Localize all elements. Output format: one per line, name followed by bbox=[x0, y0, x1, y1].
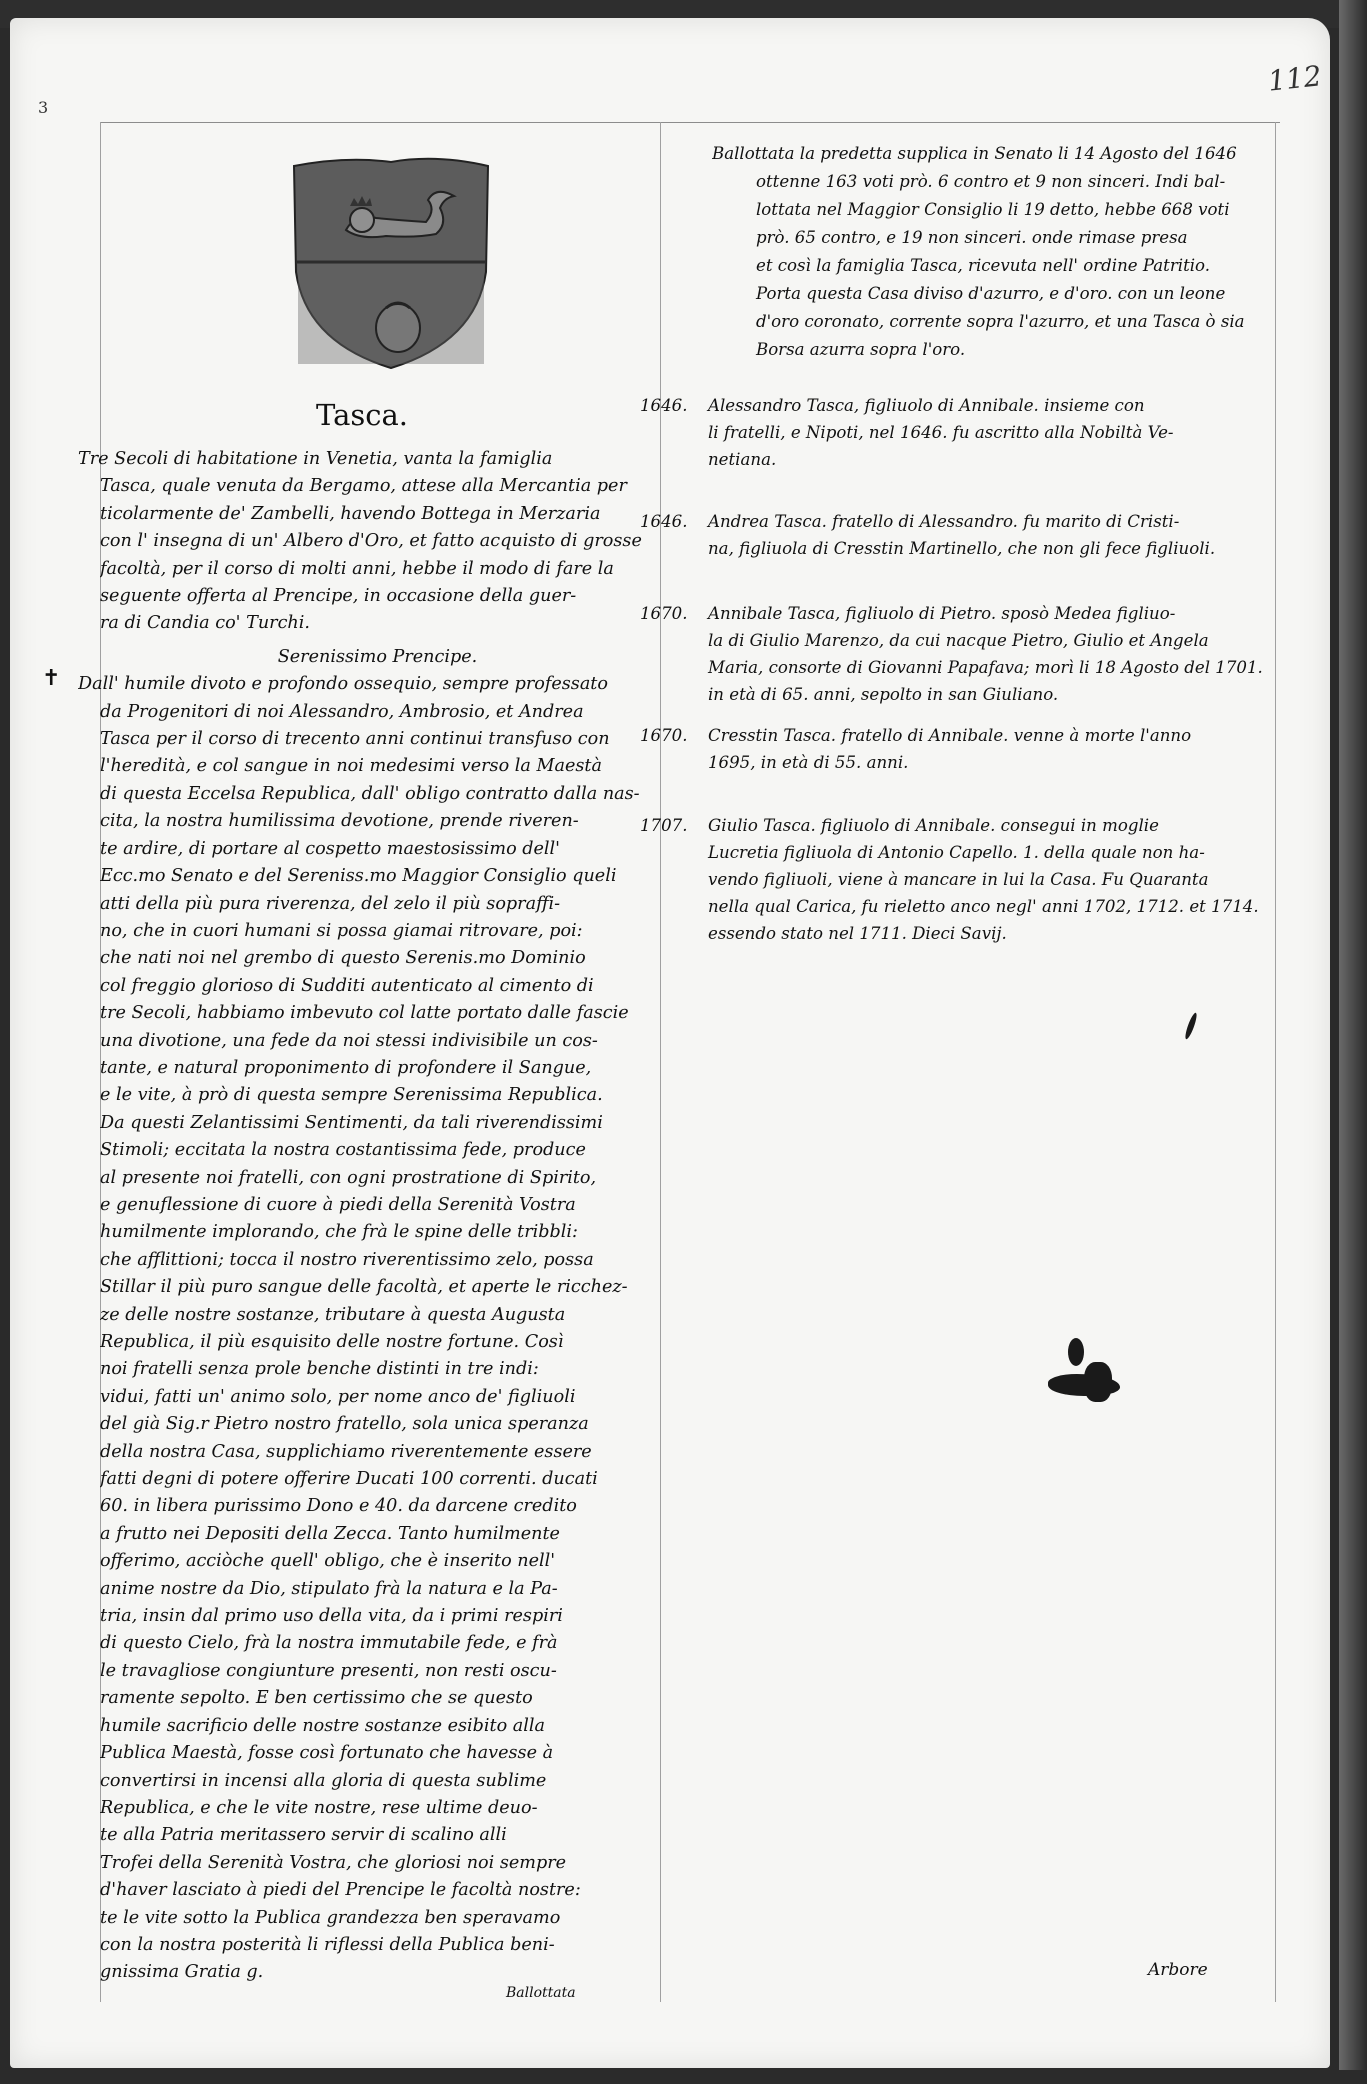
entry-text: Giulio Tasca. figliuolo di Annibale. con… bbox=[708, 816, 1159, 835]
intro-line: con l' insegna di un' Albero d'Oro, et f… bbox=[100, 528, 655, 555]
entry-year: 1670. bbox=[640, 600, 708, 627]
petition-line: una divotione, una fede da noi stessi in… bbox=[100, 1028, 655, 1055]
shield-crest-icon bbox=[286, 152, 496, 372]
petition-line: tante, e natural proponimento di profond… bbox=[100, 1055, 655, 1082]
petition-line: a frutto nei Depositi della Zecca. Tanto… bbox=[100, 1521, 655, 1548]
ballot-line: prò. 65 contro, e 19 non sinceri. onde r… bbox=[712, 224, 1272, 252]
petition-line: l'heredità, e col sangue in noi medesimi… bbox=[100, 753, 655, 780]
entry-text: Alessandro Tasca, figliuolo di Annibale.… bbox=[708, 396, 1145, 415]
petition-line: no, che in cuori humani si possa giamai … bbox=[100, 918, 655, 945]
petition-line: Dall' humile divoto e profondo ossequio,… bbox=[78, 671, 655, 698]
petition-line: te ardire, di portare al cospetto maesto… bbox=[100, 836, 655, 863]
intro-line: seguente offerta al Prencipe, in occasio… bbox=[100, 583, 655, 610]
genealogy-entry: 1646.Alessandro Tasca, figliuolo di Anni… bbox=[640, 392, 1280, 473]
petition-line: le travagliose congiunture presenti, non… bbox=[100, 1658, 655, 1685]
intro-line: Tasca, quale venuta da Bergamo, attese a… bbox=[100, 473, 655, 500]
petition-line: vidui, fatti un' animo solo, per nome an… bbox=[100, 1384, 655, 1411]
petition-line: e le vite, à prò di questa sempre Sereni… bbox=[100, 1082, 655, 1109]
petition-line: humilmente implorando, che frà le spine … bbox=[100, 1219, 655, 1246]
petition-line: Republica, il più esquisito delle nostre… bbox=[100, 1329, 655, 1356]
petition-line: Ecc.mo Senato e del Sereniss.mo Maggior … bbox=[100, 863, 655, 890]
entry-year: 1646. bbox=[640, 508, 708, 535]
salutation: Serenissimo Prencipe. bbox=[100, 644, 655, 671]
ruled-line-top bbox=[100, 122, 1280, 123]
ballot-line: Borsa azurra sopra l'oro. bbox=[712, 336, 1272, 364]
petition-line: ze delle nostre sostanze, tributare à qu… bbox=[100, 1302, 655, 1329]
petition-line: offerimo, acciòche quell' obligo, che è … bbox=[100, 1548, 655, 1575]
petition-line: tria, insin dal primo uso della vita, da… bbox=[100, 1603, 655, 1630]
petition-line: da Progenitori di noi Alessandro, Ambros… bbox=[100, 699, 655, 726]
petition-line: atti della più pura riverenza, del zelo … bbox=[100, 891, 655, 918]
petition-line: del già Sig.r Pietro nostro fratello, so… bbox=[100, 1411, 655, 1438]
ballot-line: Ballottata la predetta supplica in Senat… bbox=[712, 140, 1272, 168]
petition-line: Tasca per il corso di trecento anni cont… bbox=[100, 726, 655, 753]
arbore-note: Arbore bbox=[1148, 1960, 1208, 1980]
family-title: Tasca. bbox=[316, 398, 408, 432]
petition-line: ramente sepolto. E ben certissimo che se… bbox=[100, 1685, 655, 1712]
petition-line: Stimoli; eccitata la nostra costantissim… bbox=[100, 1137, 655, 1164]
genealogy-entry: 1646.Andrea Tasca. fratello di Alessandr… bbox=[640, 508, 1280, 562]
entry-text: netiana. bbox=[640, 446, 1280, 473]
petition-line: col freggio glorioso di Sudditi autentic… bbox=[100, 973, 655, 1000]
entry-text: 1695, in età di 55. anni. bbox=[640, 749, 1280, 776]
entry-text: in età di 65. anni, sepolto in san Giuli… bbox=[640, 681, 1280, 708]
petition-line: fatti degni di potere offerire Ducati 10… bbox=[100, 1466, 655, 1493]
petition-line: te alla Patria meritassero servir di sca… bbox=[100, 1822, 655, 1849]
genealogy-entry: 1670.Cresstin Tasca. fratello di Annibal… bbox=[640, 722, 1280, 776]
petition-line: Da questi Zelantissimi Sentimenti, da ta… bbox=[100, 1110, 655, 1137]
ballot-line: d'oro coronato, corrente sopra l'azurro,… bbox=[712, 308, 1272, 336]
petition-line: che afflittioni; tocca il nostro riveren… bbox=[100, 1247, 655, 1274]
ballot-line: lottata nel Maggior Consiglio li 19 dett… bbox=[712, 196, 1272, 224]
petition-line: anime nostre da Dio, stipulato frà la na… bbox=[100, 1576, 655, 1603]
petition-line: gnissima Gratia g. bbox=[100, 1959, 655, 1986]
petition-line: della nostra Casa, supplichiamo riverent… bbox=[100, 1439, 655, 1466]
ballottata-note: Ballottata bbox=[506, 1985, 576, 2001]
petition-line: Publica Maestà, fosse così fortunato che… bbox=[100, 1740, 655, 1767]
genealogy-entry: 1707.Giulio Tasca. figliuolo di Annibale… bbox=[640, 812, 1280, 947]
petition-line: di questa Eccelsa Republica, dall' oblig… bbox=[100, 781, 655, 808]
petition-line: Trofei della Serenità Vostra, che glorio… bbox=[100, 1850, 655, 1877]
ballot-line: ottenne 163 voti prò. 6 contro et 9 non … bbox=[712, 168, 1272, 196]
petition-line: te le vite sotto la Publica grandezza be… bbox=[100, 1905, 655, 1932]
entry-text: la di Giulio Marenzo, da cui nacque Piet… bbox=[640, 627, 1280, 654]
petition-line: di questo Cielo, frà la nostra immutabil… bbox=[100, 1630, 655, 1657]
entry-year: 1707. bbox=[640, 812, 708, 839]
entry-text: li fratelli, e Nipoti, nel 1646. fu ascr… bbox=[640, 419, 1280, 446]
petition-line: 60. in libera purissimo Dono e 40. da da… bbox=[100, 1493, 655, 1520]
intro-line: Tre Secoli di habitatione in Venetia, va… bbox=[78, 446, 655, 473]
petition-line: che nati noi nel grembo di questo Sereni… bbox=[100, 945, 655, 972]
petition-line: cita, la nostra humilissima devotione, p… bbox=[100, 808, 655, 835]
entry-text: Andrea Tasca. fratello di Alessandro. fu… bbox=[708, 512, 1179, 531]
entry-text: Maria, consorte di Giovanni Papafava; mo… bbox=[640, 654, 1280, 681]
entry-text: Annibale Tasca, figliuolo di Pietro. spo… bbox=[708, 604, 1175, 623]
entry-year: 1670. bbox=[640, 722, 708, 749]
petition-line: e genuflessione di cuore à piedi della S… bbox=[100, 1192, 655, 1219]
folio-number: 112 bbox=[1266, 59, 1323, 97]
entry-text: Cresstin Tasca. fratello di Annibale. ve… bbox=[708, 726, 1191, 745]
intro-line: ra di Candia co' Turchi. bbox=[100, 610, 655, 637]
ballot-line: Porta questa Casa diviso d'azurro, e d'o… bbox=[712, 280, 1272, 308]
petition-column: Tre Secoli di habitatione in Venetia, va… bbox=[100, 446, 655, 1987]
petition-line: humile sacrificio delle nostre sostanze … bbox=[100, 1713, 655, 1740]
entry-text: vendo figliuoli, viene à mancare in lui … bbox=[640, 866, 1280, 893]
scan-right-edge bbox=[1339, 0, 1367, 2084]
petition-line: noi fratelli senza prole benche distinti… bbox=[100, 1356, 655, 1383]
entry-text: nella qual Carica, fu rieletto anco negl… bbox=[640, 893, 1280, 920]
ballot-line: et così la famiglia Tasca, ricevuta nell… bbox=[712, 252, 1272, 280]
entry-year: 1646. bbox=[640, 392, 708, 419]
scan-bottom-edge bbox=[0, 2070, 1367, 2084]
petition-line: tre Secoli, habbiamo imbevuto col latte … bbox=[100, 1000, 655, 1027]
intro-line: facoltà, per il corso di molti anni, heb… bbox=[100, 556, 655, 583]
genealogy-entry: 1670.Annibale Tasca, figliuolo di Pietro… bbox=[640, 600, 1280, 708]
ink-blot bbox=[1084, 1362, 1112, 1402]
petition-line: con la nostra posterità li riflessi dell… bbox=[100, 1932, 655, 1959]
ink-blot bbox=[1068, 1338, 1084, 1366]
petition-line: al presente noi fratelli, con ogni prost… bbox=[100, 1165, 655, 1192]
corner-mark: 3 bbox=[38, 98, 48, 117]
petition-line: convertirsi in incensi alla gloria di qu… bbox=[100, 1768, 655, 1795]
entry-text: Lucretia figliuola di Antonio Capello. 1… bbox=[640, 839, 1280, 866]
margin-cross-mark: ✝ bbox=[42, 666, 60, 691]
intro-line: ticolarmente de' Zambelli, havendo Botte… bbox=[100, 501, 655, 528]
petition-line: d'haver lasciato à piedi del Prencipe le… bbox=[100, 1877, 655, 1904]
petition-line: Stillar il più puro sangue delle facoltà… bbox=[100, 1274, 655, 1301]
entry-text: na, figliuola di Cresstin Martinello, ch… bbox=[640, 535, 1280, 562]
ballot-record: Ballottata la predetta supplica in Senat… bbox=[712, 140, 1272, 364]
petition-line: Republica, e che le vite nostre, rese ul… bbox=[100, 1795, 655, 1822]
entry-text: essendo stato nel 1711. Dieci Savij. bbox=[640, 920, 1280, 947]
